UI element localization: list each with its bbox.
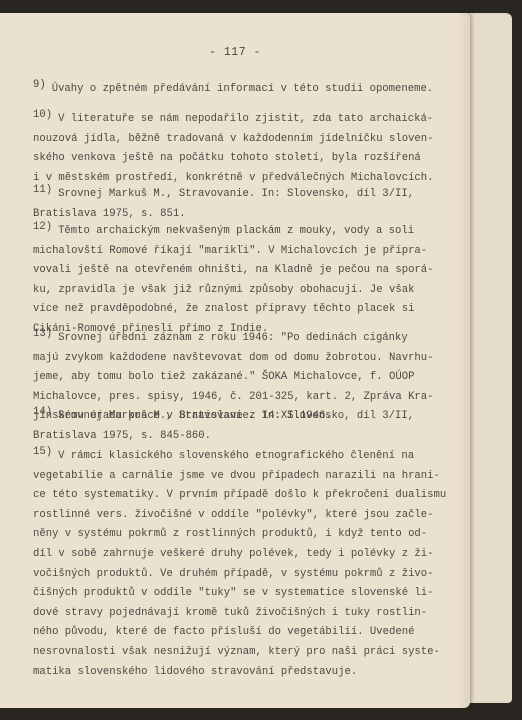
footnote-text: michalovští Romové říkají "marikľi". V M… (33, 245, 427, 257)
footnote-text: více než pravděpodobné, že znalost přípr… (33, 303, 414, 315)
footnote-text: rostlinné vers. živočišné v oddíle "polé… (33, 509, 434, 521)
footnote-text: V rámci klasického slovenského etnografi… (58, 450, 414, 462)
footnote-line: 11)Srovnej Markuš M., Stravovanie. In: S… (33, 185, 453, 205)
footnote-line: dové stravy pojednávají kromě tuků živoč… (33, 604, 453, 624)
footnote-number: 14) (33, 406, 52, 418)
footnote-text: něny v systému pokrmů z rostlinných prod… (33, 528, 427, 540)
footnote-text: díl v sobě zahrnuje veškeré druhy poléve… (33, 548, 434, 560)
footnote-text: Bratislava 1975, s. 845-860. (33, 430, 211, 442)
footnote-line: 14)Srovnej Markuš M., Stravovanie. In: S… (33, 407, 453, 427)
footnote-line: rostlinné vers. živočišné v oddíle "polé… (33, 506, 453, 526)
footnote-line: nouzová jídla, běžně tradovaná v každode… (33, 130, 453, 150)
footnote-line: ského venkova ještě na počátku tohoto st… (33, 149, 453, 169)
footnote-text: jeme, aby tomu bolo tiež zakázané." ŠOKA… (33, 371, 414, 383)
footnote-line: Michalovce, pres. spisy, 1946, č. 201-32… (33, 388, 453, 408)
footnote-line: ku, zpravidla je však již různými způsob… (33, 281, 453, 301)
footnote-number: 12) (33, 221, 52, 233)
footnote-15: 15)V rámci klasického slovenského etnogr… (33, 447, 453, 682)
footnote-text: vegetabílie a carnálie jsme ve dvou příp… (33, 470, 440, 482)
footnote-line: více než pravděpodobné, že znalost přípr… (33, 300, 453, 320)
footnote-text: vovali ještě na otevřeném ohništi, na Kl… (33, 264, 434, 276)
footnote-line: michalovští Romové říkají "marikľi". V M… (33, 242, 453, 262)
footnote-text: nouzová jídla, běžně tradovaná v každode… (33, 133, 434, 145)
footnote-line: 10)V literatuře se nám nepodařilo zjisti… (33, 110, 453, 130)
footnote-text: ku, zpravidla je však již různými způsob… (33, 284, 414, 296)
footnote-number: 15) (33, 446, 52, 458)
footnote-12: 12)Těmto archaickým nekvašeným plackám z… (33, 222, 453, 340)
footnote-number: 10) (33, 109, 52, 121)
footnote-number: 9) (33, 79, 46, 91)
footnote-text: matika slovenského lidového stravování p… (33, 666, 357, 678)
footnote-text: majú zvykom každodene navštevovat dom od… (33, 352, 434, 364)
footnote-line: 13)Srovnej úřední záznam z roku 1946: "P… (33, 329, 453, 349)
footnote-line: Bratislava 1975, s. 845-860. (33, 427, 453, 447)
footnote-line: čišných produktů v oddíle "tuky" se v sy… (33, 584, 453, 604)
footnote-text: ného původu, které de facto přísluší do … (33, 626, 414, 638)
footnote-text: Michalovce, pres. spisy, 1946, č. 201-32… (33, 391, 434, 403)
footnote-text: Srovnej Markuš M., Stravovanie. In: Slov… (58, 188, 414, 200)
page-number: - 117 - (0, 46, 470, 59)
footnote-11: 11)Srovnej Markuš M., Stravovanie. In: S… (33, 185, 453, 224)
footnote-line: 12)Těmto archaickým nekvašeným plackám z… (33, 222, 453, 242)
footnote-line: majú zvykom každodene navštevovat dom od… (33, 349, 453, 369)
footnote-text: Srovnej Markuš M., Stravovanie. In: Slov… (58, 410, 414, 422)
footnote-line: vočišných produktů. Ve druhém případě, v… (33, 565, 453, 585)
footnote-text: Úvahy o zpětném předávání informací v té… (52, 83, 433, 95)
footnote-text: Bratislava 1975, s. 851. (33, 208, 186, 220)
footnote-number: 13) (33, 328, 52, 340)
footnote-14: 14)Srovnej Markuš M., Stravovanie. In: S… (33, 407, 453, 446)
footnote-text: vočišných produktů. Ve druhém případě, v… (33, 568, 434, 580)
footnote-line: něny v systému pokrmů z rostlinných prod… (33, 525, 453, 545)
footnote-10: 10)V literatuře se nám nepodařilo zjisti… (33, 110, 453, 188)
footnote-line: ce této systematiky. V prvním případě do… (33, 486, 453, 506)
footnote-line: díl v sobě zahrnuje veškeré druhy poléve… (33, 545, 453, 565)
footnote-text: ce této systematiky. V prvním případě do… (33, 489, 446, 501)
footnote-9: 9)Úvahy o zpětném předávání informací v … (33, 80, 453, 100)
footnote-text: Těmto archaickým nekvašeným plackám z mo… (58, 225, 414, 237)
footnote-text: dové stravy pojednávají kromě tuků živoč… (33, 607, 427, 619)
footnote-line: 9)Úvahy o zpětném předávání informací v … (33, 80, 453, 100)
footnote-text: nesrovnalosti však nesnižují význam, kte… (33, 646, 440, 658)
footnote-text: Srovnej úřední záznam z roku 1946: "Po d… (58, 332, 408, 344)
footnote-line: vovali ještě na otevřeném ohništi, na Kl… (33, 261, 453, 281)
footnote-text: i v městském prostředí, konkrétně v před… (33, 172, 434, 184)
footnote-text: V literatuře se nám nepodařilo zjistit, … (58, 113, 433, 125)
footnote-line: ného původu, které de facto přísluší do … (33, 623, 453, 643)
footnote-number: 11) (33, 184, 52, 196)
footnote-line: jeme, aby tomu bolo tiež zakázané." ŠOKA… (33, 368, 453, 388)
footnote-line: 15)V rámci klasického slovenského etnogr… (33, 447, 453, 467)
footnote-line: matika slovenského lidového stravování p… (33, 663, 453, 683)
footnote-line: nesrovnalosti však nesnižují význam, kte… (33, 643, 453, 663)
footnote-line: vegetabílie a carnálie jsme ve dvou příp… (33, 467, 453, 487)
footnote-text: čišných produktů v oddíle "tuky" se v sy… (33, 587, 434, 599)
footnote-text: ského venkova ještě na počátku tohoto st… (33, 152, 421, 164)
